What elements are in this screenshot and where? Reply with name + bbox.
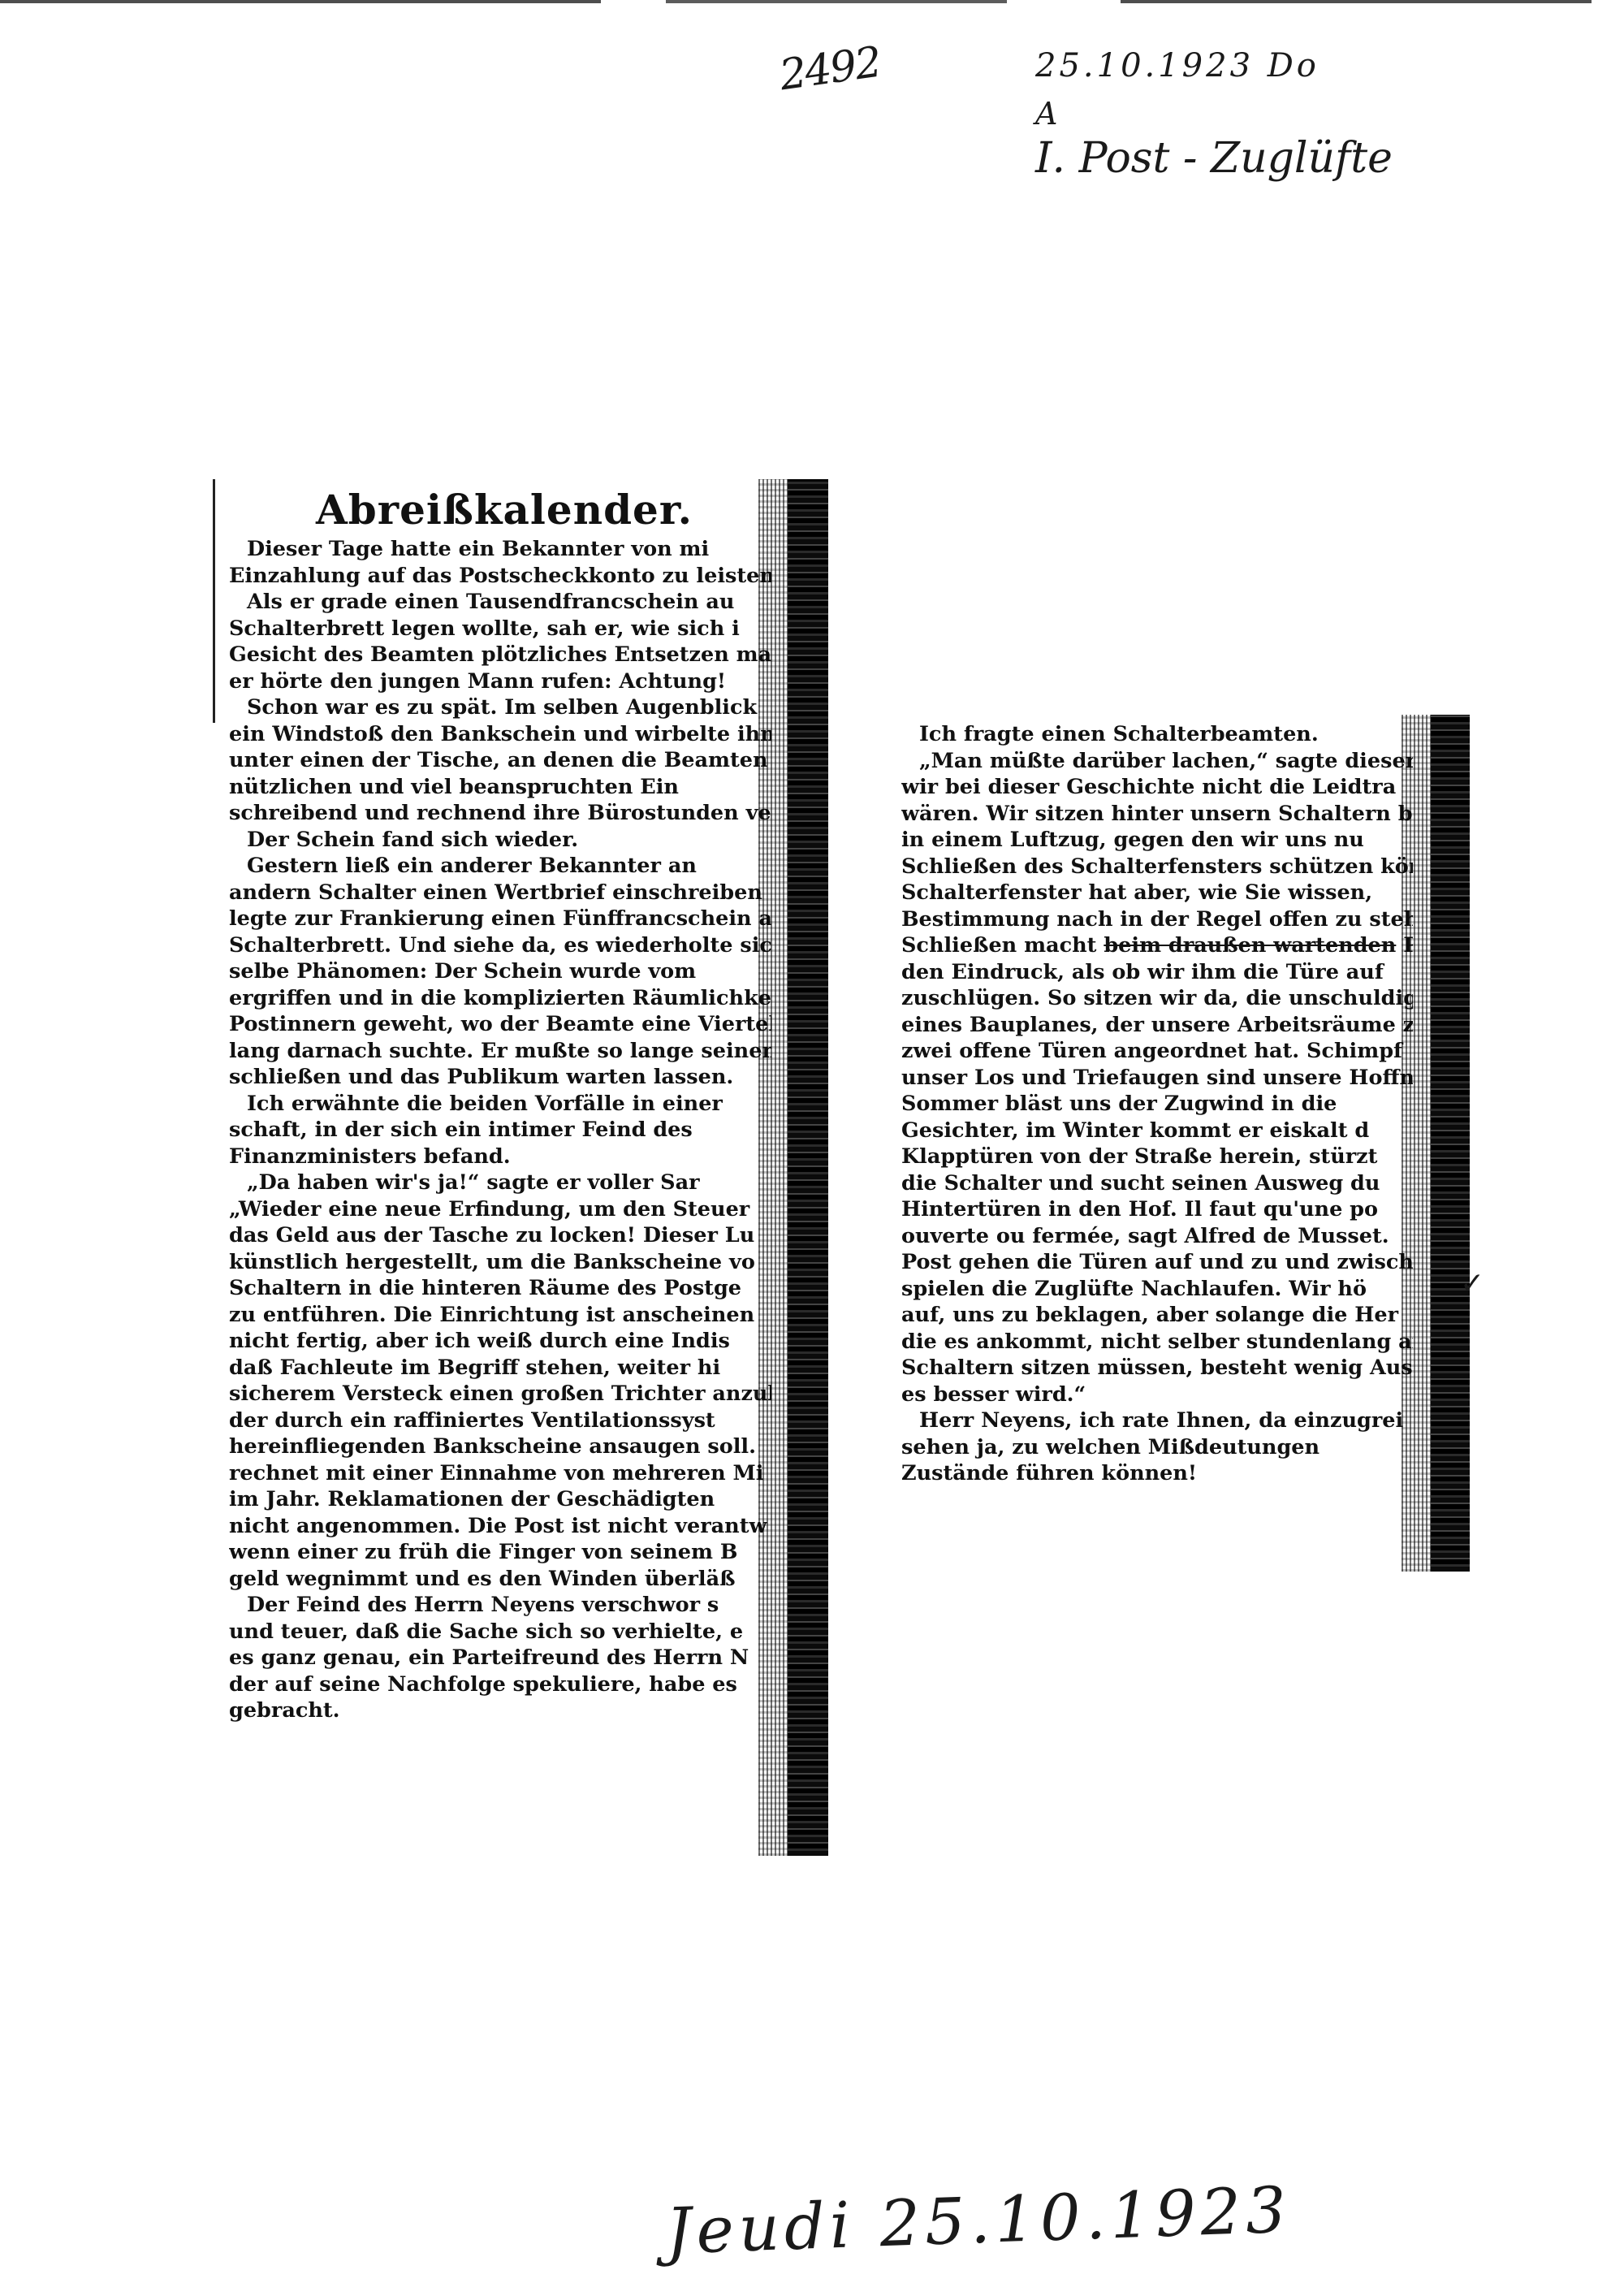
text-line: zu entführen. Die Einrichtung ist ansche… <box>229 1302 771 1329</box>
text-line: Dieser Tage hatte ein Bekannter von mi <box>229 536 771 563</box>
text-line: wenn einer zu früh die Finger von seinem… <box>229 1539 771 1566</box>
text-line: und teuer, daß die Sache sich so verhiel… <box>229 1619 771 1645</box>
text-line: „Man müßte darüber lachen,“ sagte dieser… <box>901 748 1413 775</box>
text-line: Hintertüren in den Hof. Il faut qu'une p… <box>901 1196 1413 1223</box>
article-title: Abreißkalender. <box>213 486 828 534</box>
text-line: der durch ein raffiniertes Ventilationss… <box>229 1407 771 1434</box>
text-line: schaft, in der sich ein intimer Feind de… <box>229 1117 771 1144</box>
text-line: Schaltern sitzen müssen, besteht wenig A… <box>901 1355 1413 1381</box>
text-line: eines Bauplanes, der unsere Arbeitsräume… <box>901 1012 1413 1039</box>
text-line: es besser wird.“ <box>901 1381 1413 1408</box>
text-line: lang darnach suchte. Er mußte so lange s… <box>229 1038 771 1065</box>
text-line: nicht angenommen. Die Post ist nicht ver… <box>229 1513 771 1540</box>
text-line: Der Schein fand sich wieder. <box>229 827 771 854</box>
text-line: rechnet mit einer Einnahme von mehreren … <box>229 1460 771 1487</box>
text-line: das Geld aus der Tasche zu locken! Diese… <box>229 1222 771 1249</box>
checkmark-icon: ✓ <box>1460 1267 1484 1300</box>
text-line: zuschlügen. So sitzen wir da, die unschu… <box>901 985 1413 1012</box>
text-line: ergriffen und in die komplizierten Räuml… <box>229 985 771 1012</box>
text-line: spielen die Zuglüfte Nachlaufen. Wir hö <box>901 1276 1413 1303</box>
text-line: Gestern ließ ein anderer Bekannter an <box>229 853 771 880</box>
scan-shadow-edge <box>788 479 828 1856</box>
text-line: die Schalter und sucht seinen Ausweg du <box>901 1170 1413 1197</box>
text-line: Finanzministers befand. <box>229 1144 771 1170</box>
text-line: zwei offene Türen angeordnet hat. Schimp… <box>901 1038 1413 1065</box>
text-line: Klapptüren von der Straße herein, stürzt <box>901 1144 1413 1170</box>
text-line: Herr Neyens, ich rate Ihnen, da einzugre… <box>901 1407 1413 1434</box>
text-line: Zustände führen können! <box>901 1460 1413 1487</box>
text-line: es ganz genau, ein Parteifreund des Herr… <box>229 1645 771 1671</box>
text-line: „Da haben wir's ja!“ sagte er voller Sar <box>229 1170 771 1196</box>
text-line: sicherem Versteck einen großen Trichter … <box>229 1381 771 1407</box>
text-line: der auf seine Nachfolge spekuliere, habe… <box>229 1671 771 1698</box>
text-line: im Jahr. Reklamationen der Geschädigten <box>229 1486 771 1513</box>
scan-shadow-edge <box>1431 715 1470 1572</box>
text-line: Postinnern geweht, wo der Beamte eine Vi… <box>229 1011 771 1038</box>
handwritten-date-top: 25.10.1923 Do <box>1035 47 1319 84</box>
text-line: Schalterbrett legen wollte, sah er, wie … <box>229 616 771 642</box>
text-line: gebracht. <box>229 1697 771 1724</box>
text-line: Einzahlung auf das Postscheckkonto zu le… <box>229 563 771 590</box>
text-line: er hörte den jungen Mann rufen: Achtung! <box>229 668 771 695</box>
text-line: Bestimmung nach in der Regel offen zu st… <box>901 906 1413 933</box>
text-line: andern Schalter einen Wertbrief einschre… <box>229 880 771 906</box>
text-line: ouverte ou fermée, sagt Alfred de Musset… <box>901 1223 1413 1250</box>
text-line: unter einen der Tische, an denen die Bea… <box>229 747 771 774</box>
text-line: wir bei dieser Geschichte nicht die Leid… <box>901 774 1413 801</box>
newspaper-clipping-left-column: Abreißkalender. Dieser Tage hatte ein Be… <box>213 479 828 1856</box>
text-line: die es ankommt, nicht selber stundenlang… <box>901 1329 1413 1356</box>
text-line: künstlich hergestellt, um die Bankschein… <box>229 1249 771 1276</box>
text-line: Ich erwähnte die beiden Vorfälle in eine… <box>229 1091 771 1118</box>
text-line: schließen und das Publikum warten lassen… <box>229 1064 771 1091</box>
scan-top-edge <box>0 0 1624 3</box>
newspaper-clipping-right-column: Ich fragte einen Schalterbeamten.„Man mü… <box>885 715 1470 1572</box>
text-line: hereinfliegenden Bankscheine ansaugen so… <box>229 1433 771 1460</box>
text-line: Schalterbrett. Und siehe da, es wiederho… <box>229 932 771 959</box>
text-line: unser Los und Triefaugen sind unsere Hof… <box>901 1065 1413 1092</box>
handwritten-date-bottom: Jeudi 25.10.1923 <box>665 2174 1293 2269</box>
text-line: schreibend und rechnend ihre Bürostunden… <box>229 800 771 827</box>
text-line: Schaltern in die hinteren Räume des Post… <box>229 1275 771 1302</box>
text-line: nützlichen und viel beanspruchten Ein <box>229 774 771 801</box>
text-line: geld wegnimmt und es den Winden überläß <box>229 1566 771 1593</box>
text-line: daß Fachleute im Begriff stehen, weiter … <box>229 1355 771 1381</box>
text-line: Schließen macht beim draußen wartenden P <box>901 932 1413 959</box>
text-line: Gesichter, im Winter kommt er eiskalt d <box>901 1118 1413 1144</box>
text-line: ein Windstoß den Bankschein und wirbelte… <box>229 721 771 748</box>
text-line: Schon war es zu spät. Im selben Augenbli… <box>229 694 771 721</box>
text-line: Gesicht des Beamten plötzliches Entsetze… <box>229 642 771 668</box>
text-line: wären. Wir sitzen hinter unsern Schalter… <box>901 801 1413 828</box>
text-line: nicht fertig, aber ich weiß durch eine I… <box>229 1328 771 1355</box>
scan-shadow-fringe <box>1402 715 1431 1572</box>
text-line: „Wieder eine neue Erfindung, um den Steu… <box>229 1196 771 1223</box>
article-body-right: Ich fragte einen Schalterbeamten.„Man mü… <box>901 721 1413 1487</box>
text-line: auf, uns zu beklagen, aber solange die H… <box>901 1302 1413 1329</box>
text-line: Ich fragte einen Schalterbeamten. <box>901 721 1413 748</box>
archive-number: 2492 <box>776 38 883 101</box>
text-line: Der Feind des Herrn Neyens verschwor s <box>229 1592 771 1619</box>
text-line: Post gehen die Türen auf und zu und zwis… <box>901 1249 1413 1276</box>
article-body-left: Dieser Tage hatte ein Bekannter von miEi… <box>229 536 771 1724</box>
text-line: Schalterfenster hat aber, wie Sie wissen… <box>901 880 1413 906</box>
handwritten-mark: A <box>1035 96 1057 132</box>
text-line: Schließen des Schalterfensters schützen … <box>901 854 1413 880</box>
text-line: Als er grade einen Tausendfrancschein au <box>229 589 771 616</box>
scan-shadow-fringe <box>758 479 788 1856</box>
text-line: sehen ja, zu welchen Mißdeutungen <box>901 1434 1413 1461</box>
text-line: selbe Phänomen: Der Schein wurde vom <box>229 958 771 985</box>
text-line: den Eindruck, als ob wir ihm die Türe au… <box>901 959 1413 986</box>
text-line: legte zur Frankierung einen Fünffrancsch… <box>229 906 771 932</box>
text-line: in einem Luftzug, gegen den wir uns nu <box>901 827 1413 854</box>
handwritten-subject: I. Post - Zuglüfte <box>1035 134 1393 183</box>
text-line: Sommer bläst uns der Zugwind in die <box>901 1091 1413 1118</box>
